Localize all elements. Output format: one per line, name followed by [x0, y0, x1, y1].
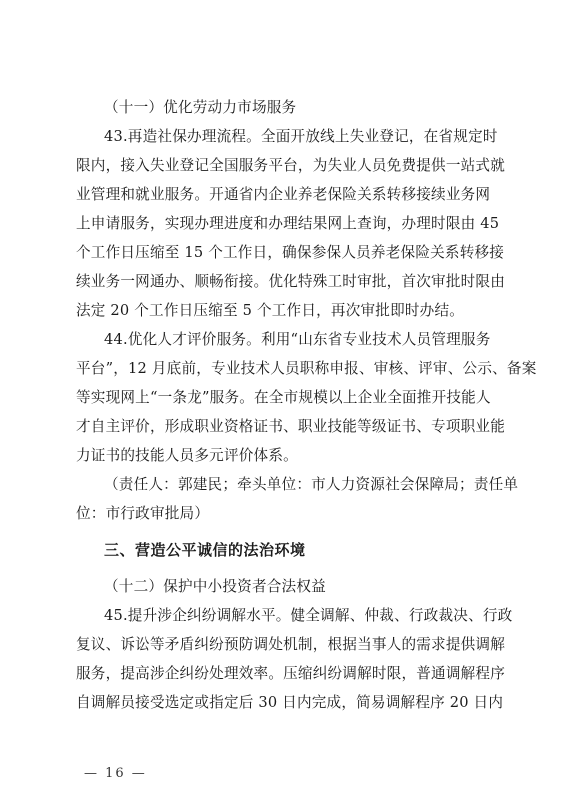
item-44-line: 力证书的技能人员多元评价体系。 — [76, 446, 490, 466]
page-number: — 16 — — [84, 766, 147, 781]
item-43-line: 法定 20 个工作日压缩至 5 个工作日，再次审批即时办结。 — [76, 301, 490, 321]
item-43-line: 续业务一网通办、顺畅衔接。优化特殊工时审批，首次审批时限由 — [76, 272, 490, 292]
item-43-line: 业管理和就业服务。开通省内企业养老保险关系转移接续业务网 — [76, 185, 490, 205]
responsibility-line: 位：市行政审批局） — [76, 504, 490, 524]
item-43-line: 个工作日压缩至 15 个工作日，确保参保人员养老保险关系转移接 — [76, 243, 490, 263]
item-43-line: 限内，接入失业登记全国服务平台，为失业人员免费提供一站式就 — [76, 156, 490, 176]
item-43-line: 43.再造社保办理流程。全面开放线上失业登记，在省规定时 — [104, 127, 490, 147]
item-45-line: 自调解员接受选定或指定后 30 日内完成，简易调解程序 20 日内 — [76, 693, 490, 713]
item-45-line: 服务，提高涉企纠纷处理效率。压缩纠纷调解时限，普通调解程序 — [76, 664, 490, 684]
item-45-line: 复议、诉讼等矛盾纠纷预防调处机制，根据当事人的需求提供调解 — [76, 635, 490, 655]
item-45-line: 45.提升涉企纠纷调解水平。健全调解、仲裁、行政裁决、行政 — [104, 606, 490, 626]
item-44-line: 等实现网上“一条龙”服务。在全市规模以上企业全面推开技能人 — [76, 388, 490, 408]
subsection-heading-12: （十二）保护中小投资者合法权益 — [104, 577, 490, 597]
document-page: （十一）优化劳动力市场服务 43.再造社保办理流程。全面开放线上失业登记，在省规… — [0, 0, 566, 800]
item-44-line: 才自主评价，形成职业资格证书、职业技能等级证书、专项职业能 — [76, 417, 490, 437]
responsibility-line: （责任人：郭建民；牵头单位：市人力资源社会保障局；责任单 — [104, 475, 490, 495]
item-44-line: 平台”，12 月底前，专业技术人员职称申报、审核、评审、公示、备案 — [76, 359, 490, 379]
item-43-line: 上申请服务，实现办理进度和办理结果网上查询，办理时限由 45 — [76, 214, 490, 234]
item-44-line: 44.优化人才评价服务。利用“山东省专业技术人员管理服务 — [104, 330, 490, 350]
subsection-heading-11: （十一）优化劳动力市场服务 — [104, 98, 490, 118]
section-3-title: 三、营造公平诚信的法治环境 — [104, 540, 490, 560]
